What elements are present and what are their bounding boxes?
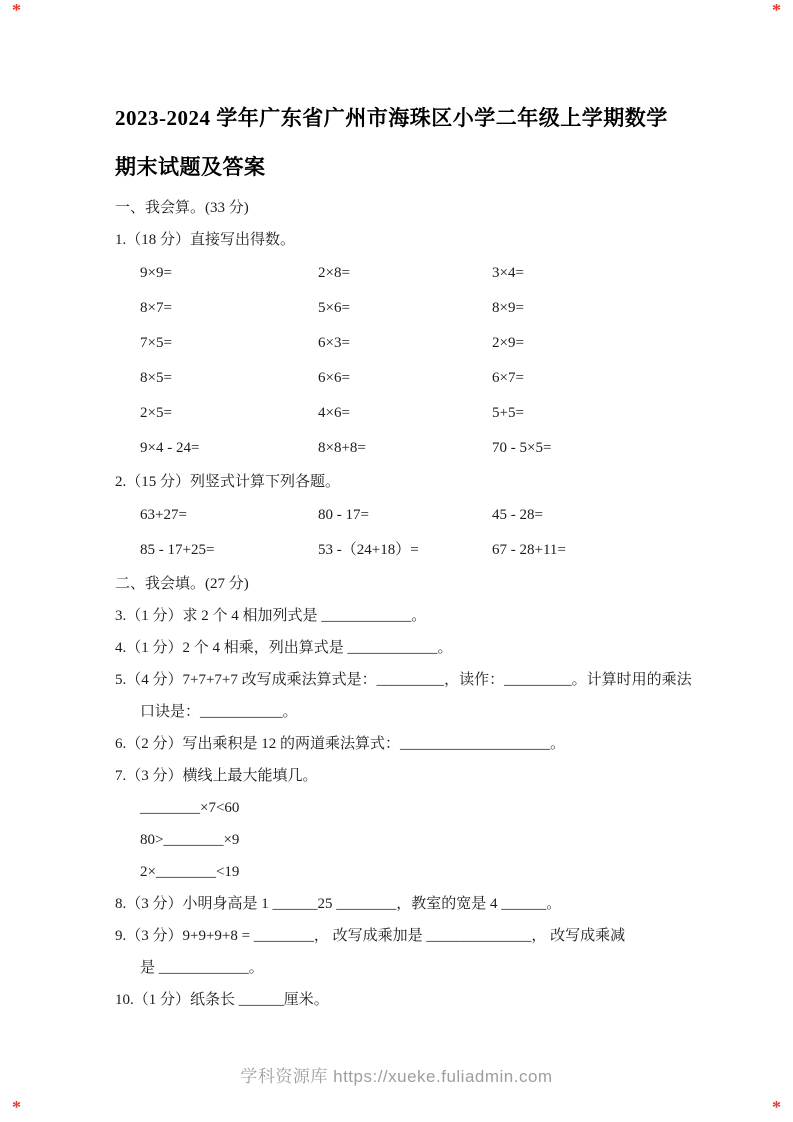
math-problem: 70 - 5×5= — [492, 431, 699, 466]
corner-mark-icon: * — [12, 1, 21, 19]
math-problem: 8×8+8= — [318, 431, 492, 466]
math-problem: 5×6= — [318, 291, 492, 326]
question-9-line-2: 是 ____________。 — [115, 952, 699, 984]
question-2-label: 2.（15 分）列竖式计算下列各题。 — [115, 466, 699, 498]
math-problem: 2×9= — [492, 326, 699, 361]
question-1-label: 1.（18 分）直接写出得数。 — [115, 224, 699, 256]
question-10: 10.（1 分）纸条长 ______厘米。 — [115, 984, 699, 1016]
question-5-line-2: 口诀是：___________。 — [115, 696, 699, 728]
math-problem: 9×4 - 24= — [140, 431, 318, 466]
question-3: 3.（1 分）求 2 个 4 相加列式是 ____________。 — [115, 600, 699, 632]
math-problem: 2×5= — [140, 396, 318, 431]
q1-problem-grid: 9×9= 2×8= 3×4= 8×7= 5×6= 8×9= 7×5= 6×3= … — [115, 256, 699, 466]
question-9-line-1: 9.（3 分）9+9+9+8 = ________， 改写成乘加是 ______… — [115, 920, 699, 952]
section-2-header: 二、我会填。(27 分) — [115, 568, 699, 600]
section-1-header: 一、我会算。(33 分) — [115, 192, 699, 224]
question-5-line-1: 5.（4 分）7+7+7+7 改写成乘法算式是：_________，读作：___… — [115, 664, 699, 696]
math-problem: 6×7= — [492, 361, 699, 396]
math-problem: 7×5= — [140, 326, 318, 361]
question-7-item: ________×7<60 — [115, 792, 699, 824]
math-problem: 4×6= — [318, 396, 492, 431]
question-4: 4.（1 分）2 个 4 相乘，列出算式是 ____________。 — [115, 632, 699, 664]
title-line-1: 2023-2024 学年广东省广州市海珠区小学二年级上学期数学 — [115, 94, 699, 143]
question-7-label: 7.（3 分）横线上最大能填几。 — [115, 760, 699, 792]
math-problem: 6×6= — [318, 361, 492, 396]
math-problem: 8×7= — [140, 291, 318, 326]
exam-page: * * * * 2023-2024 学年广东省广州市海珠区小学二年级上学期数学 … — [0, 0, 793, 1122]
question-7-item: 80>________×9 — [115, 824, 699, 856]
q2-problem-grid: 63+27= 80 - 17= 45 - 28= 85 - 17+25= 53 … — [115, 498, 699, 568]
math-problem: 63+27= — [140, 498, 318, 533]
math-problem: 45 - 28= — [492, 498, 699, 533]
question-8: 8.（3 分）小明身高是 1 ______25 ________，教室的宽是 4… — [115, 888, 699, 920]
corner-mark-icon: * — [12, 1098, 21, 1116]
math-problem: 3×4= — [492, 256, 699, 291]
math-problem: 6×3= — [318, 326, 492, 361]
math-problem: 80 - 17= — [318, 498, 492, 533]
math-problem: 8×5= — [140, 361, 318, 396]
math-problem: 9×9= — [140, 256, 318, 291]
math-problem: 53 -（24+18）= — [318, 533, 492, 568]
question-7-item: 2×________<19 — [115, 856, 699, 888]
document-content: 2023-2024 学年广东省广州市海珠区小学二年级上学期数学 期末试题及答案 … — [115, 94, 699, 1016]
question-6: 6.（2 分）写出乘积是 12 的两道乘法算式：________________… — [115, 728, 699, 760]
footer-watermark: 学科资源库 https://xueke.fuliadmin.com — [0, 1062, 793, 1087]
math-problem: 67 - 28+11= — [492, 533, 699, 568]
math-problem: 2×8= — [318, 256, 492, 291]
corner-mark-icon: * — [772, 1, 781, 19]
math-problem: 85 - 17+25= — [140, 533, 318, 568]
document-title: 2023-2024 学年广东省广州市海珠区小学二年级上学期数学 期末试题及答案 — [115, 94, 699, 192]
math-problem: 8×9= — [492, 291, 699, 326]
math-problem: 5+5= — [492, 396, 699, 431]
title-line-2: 期末试题及答案 — [115, 143, 699, 192]
corner-mark-icon: * — [772, 1098, 781, 1116]
